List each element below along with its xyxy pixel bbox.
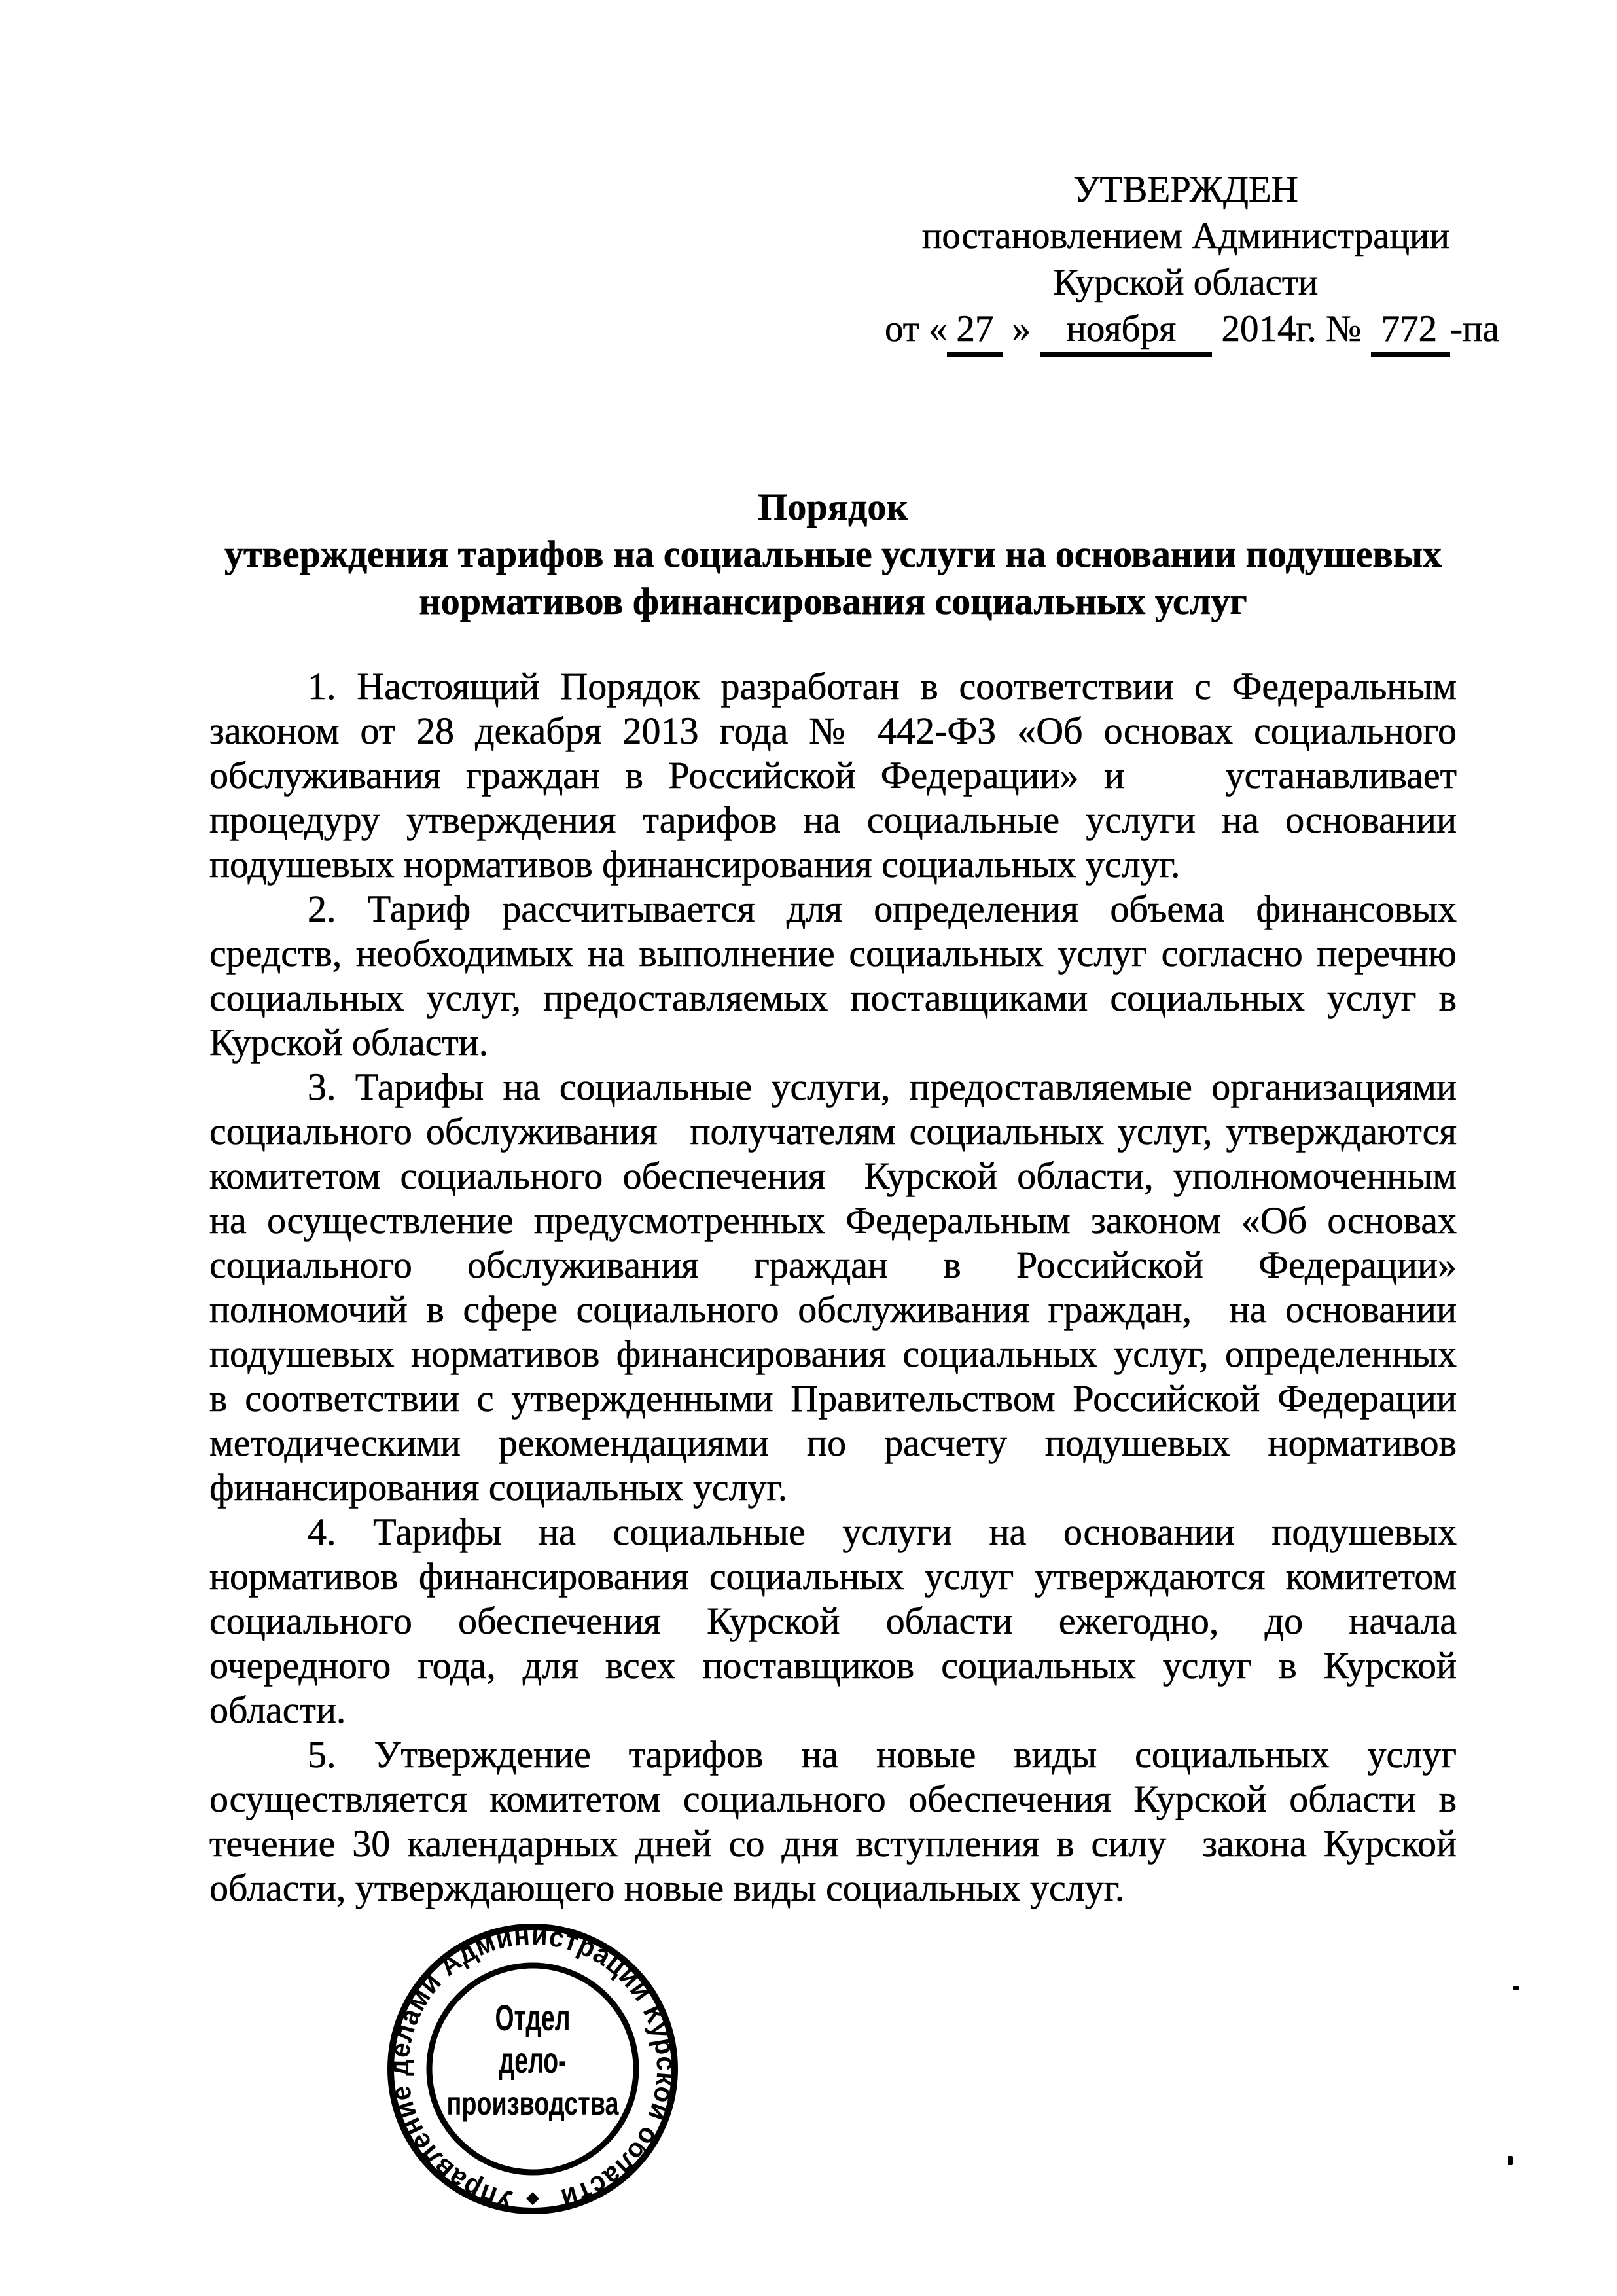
stamp-separator-icon: ◆ (526, 2187, 539, 2207)
paragraph-3-line-2: социального обслуживания получателям соц… (209, 1109, 1457, 1154)
date-suffix: -па (1450, 308, 1499, 350)
stamp-center-line-1: Отдел (495, 1997, 571, 2038)
paragraph-5-line-1: 5. Утверждение тарифов на новые виды соц… (209, 1732, 1457, 1777)
paragraph-1-line-5: подушевых нормативов финансирования соци… (209, 842, 1457, 887)
date-mid: » (1003, 308, 1040, 350)
approval-by-line-2: Курской области (885, 259, 1487, 306)
paragraph-2-line-4: Курской области. (209, 1020, 1457, 1065)
paragraph-1-line-3: обслуживания граждан в Российской Федера… (209, 753, 1457, 798)
scan-speck-icon (1513, 1986, 1519, 1990)
date-day: 27 (947, 308, 1003, 357)
date-year-label: 2014г. № (1212, 308, 1370, 350)
title-line-3: нормативов финансирования социальных усл… (209, 578, 1457, 625)
paragraph-3-line-7: подушевых нормативов финансирования соци… (209, 1332, 1457, 1376)
paragraph-3-line-5: социального обслуживания граждан в Росси… (209, 1243, 1457, 1287)
paragraph-1-line-2: законом от 28 декабря 2013 года № 442-ФЗ… (209, 709, 1457, 753)
date-month: ноября (1040, 308, 1212, 357)
document-page: УТВЕРЖДЕН постановлением Администрации К… (0, 0, 1617, 2296)
approval-by-line-1: постановлением Администрации (885, 213, 1487, 259)
paragraph-4-line-2: нормативов финансирования социальных усл… (209, 1554, 1457, 1599)
official-stamp: Управление делами Администрации Курской … (387, 1921, 680, 2217)
date-prefix: от « (885, 308, 947, 350)
paragraph-5-line-2: осуществляется комитетом социального обе… (209, 1777, 1457, 1821)
stamp-center-line-3: производства (447, 2085, 620, 2122)
title-line-2: утверждения тарифов на социальные услуги… (209, 531, 1457, 578)
paragraph-3-line-4: на осуществление предусмотренных Федерал… (209, 1198, 1457, 1243)
document-body: 1. Настоящий Порядок разработан в соотве… (209, 664, 1457, 1910)
paragraph-3-line-9: методическими рекомендациями по расчету … (209, 1421, 1457, 1465)
approval-date-line: от «27 » ноября 2014г. № 772-па (885, 306, 1487, 352)
approval-block: УТВЕРЖДЕН постановлением Администрации К… (885, 166, 1487, 352)
paragraph-3-line-6: полномочий в сфере социального обслужива… (209, 1287, 1457, 1332)
paragraph-2-line-3: социальных услуг, предоставляемых постав… (209, 976, 1457, 1020)
document-title: Порядок утверждения тарифов на социальны… (209, 484, 1457, 625)
approval-status: УТВЕРЖДЕН (885, 166, 1487, 213)
scan-speck-icon (1508, 2156, 1513, 2165)
paragraph-3-line-8: в соответствии с утвержденными Правитель… (209, 1376, 1457, 1421)
title-line-1: Порядок (209, 484, 1457, 531)
paragraph-1-line-1: 1. Настоящий Порядок разработан в соотве… (209, 664, 1457, 709)
paragraph-4-line-5: области. (209, 1688, 1457, 1732)
paragraph-2-line-2: средств, необходимых на выполнение социа… (209, 931, 1457, 976)
paragraph-4-line-1: 4. Тарифы на социальные услуги на основа… (209, 1510, 1457, 1554)
stamp-center-line-2: дело- (499, 2039, 567, 2081)
paragraph-5-line-3: течение 30 календарных дней со дня вступ… (209, 1821, 1457, 1866)
paragraph-4-line-4: очередного года, для всех поставщиков со… (209, 1643, 1457, 1688)
date-number: 772 (1371, 308, 1451, 357)
paragraph-1-line-4: процедуру утверждения тарифов на социаль… (209, 798, 1457, 842)
paragraph-3-line-1: 3. Тарифы на социальные услуги, предоста… (209, 1065, 1457, 1109)
paragraph-4-line-3: социального обеспечения Курской области … (209, 1599, 1457, 1643)
paragraph-2-line-1: 2. Тариф рассчитывается для определения … (209, 887, 1457, 931)
paragraph-3-line-3: комитетом социального обеспечения Курско… (209, 1154, 1457, 1198)
paragraph-3-line-10: финансирования социальных услуг. (209, 1465, 1457, 1510)
paragraph-5-line-4: области, утверждающего новые виды социал… (209, 1866, 1457, 1910)
